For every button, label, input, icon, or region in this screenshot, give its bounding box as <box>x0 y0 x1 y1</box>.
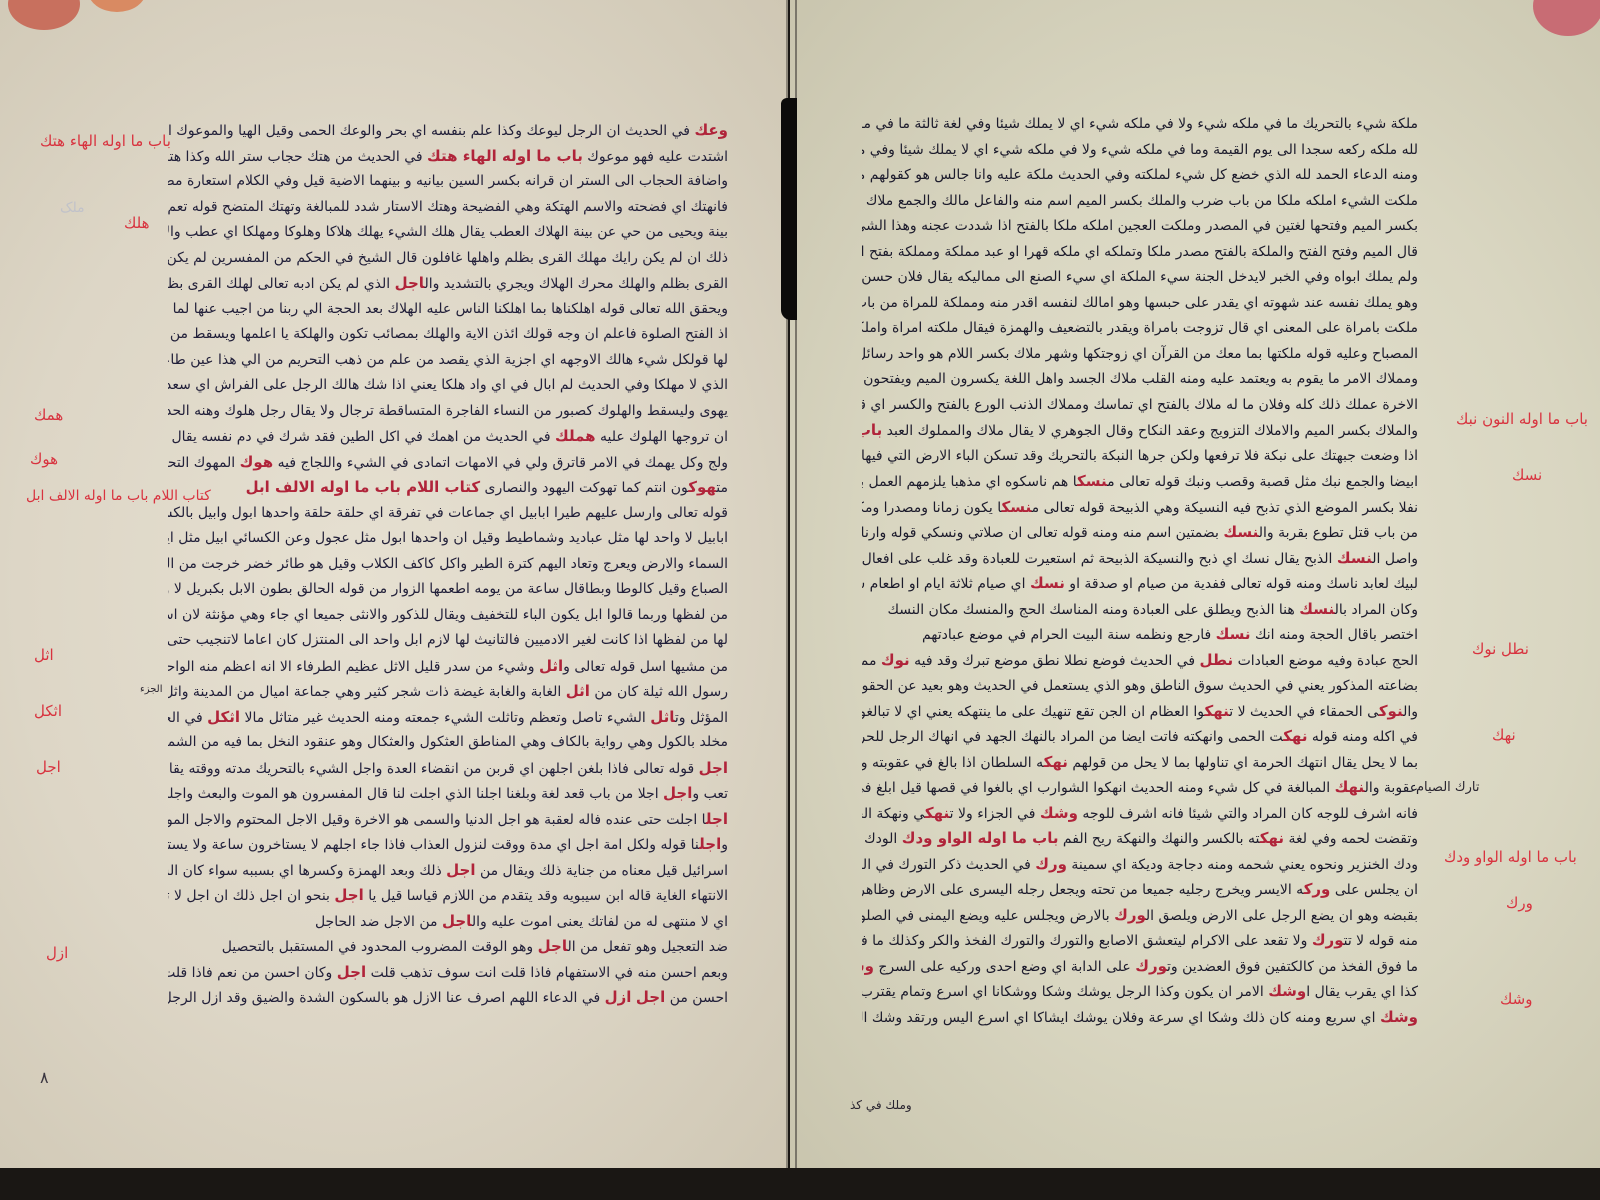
manuscript-line: الاخرة عملك ذلك كله وفلان ما له ملاك بال… <box>862 393 1418 419</box>
manuscript-line: متهوكون انتم كما تهوكت اليهود والنصارى ك… <box>168 475 728 501</box>
manuscript-line: الصباع وقيل كالوطا وبطاقال ساعة من يومه … <box>168 577 728 603</box>
manuscript-line: ودك الخنزير ونحوه يعني شحمه ومنه دجاجة و… <box>862 852 1418 878</box>
manuscript-line: لله ملكه ركعه سجدا الى يوم القيمة وما في… <box>862 138 1418 164</box>
manuscript-line: كذا اي يقرب يقال اوشك الامر ان يكون وكذا… <box>862 979 1418 1005</box>
rubric-heading: نسك <box>1030 574 1065 592</box>
rubric-heading: اثكل <box>207 708 240 726</box>
margin-note-wark: ورك <box>1506 894 1533 912</box>
manuscript-line: ملكت الشيء املكه ملكا من باب ضرب والملك … <box>862 189 1418 215</box>
gutter-shadow <box>781 98 797 320</box>
rubric-heading: نسك <box>1077 472 1107 490</box>
manuscript-line: لها من لفظها اذا كانت لغير الادميين فالت… <box>168 628 728 654</box>
rubric-heading: اجل <box>442 912 472 930</box>
rubric-heading: هوك <box>688 478 716 496</box>
margin-note-azl: ازل <box>46 944 68 962</box>
manuscript-line: اذا وضعت جبهتك على نبكة فلا ترفعها ولكن … <box>862 444 1418 470</box>
manuscript-line: مخلد بالكول وهي رواية بالكاف وهي المناطق… <box>168 730 728 756</box>
rubric-heading: وشك <box>1040 804 1078 822</box>
margin-note-halk: هلك <box>124 214 150 232</box>
rubric-heading: نوك <box>1379 702 1403 720</box>
manuscript-line: يهوى وليسقط والهلوك كصبور من النساء الفا… <box>168 399 728 425</box>
manuscript-line: فانهتك اي فضحته والاسم الهتكة وهي الفضيح… <box>168 195 728 221</box>
rubric-heading: نطل <box>1200 651 1234 669</box>
left-page: وعك في الحديث ان الرجل ليوعك وكذا علم بن… <box>0 0 788 1168</box>
margin-note-juz: الجزء <box>140 684 163 695</box>
manuscript-line: والنوكى الحمقاء في الحديث لا تنهكوا العظ… <box>862 699 1418 725</box>
manuscript-line: والملاك بكسر الميم والاملاك التزويج وعقد… <box>862 418 1418 444</box>
margin-note-kitab-lam: كتاب اللام باب ما اوله الالف ابل <box>26 488 211 504</box>
manuscript-line: ومملاك الامر ما يقوم به ويعتمد عليه ومنه… <box>862 367 1418 393</box>
rubric-heading: وشك <box>1380 1008 1418 1026</box>
manuscript-line: عقوبة والنهك المبالغة في كل شيء ومنه الح… <box>862 775 1418 801</box>
manuscript-line: اجل قوله تعالى فاذا بلغن اجلهن اي قربن م… <box>168 756 728 782</box>
manuscript-line: فانه اشرف للوجه كان المراد والتي شيئا فا… <box>862 801 1418 827</box>
rubric-heading: اثل <box>539 657 563 675</box>
manuscript-line: الحج عبادة وفيه موضع العبادات نطل في الح… <box>862 648 1418 674</box>
manuscript-line: اذ الفتح الصلوة فاعلم ان وجه قولك ائذن ا… <box>168 322 728 348</box>
manuscript-line: من مشيها اسل قوله تعالى واثل وشيء من سدر… <box>168 654 728 680</box>
rubric-heading: اجل <box>337 963 366 981</box>
table-surface <box>0 1168 1600 1200</box>
margin-note-nabk: باب ما اوله النون نبك <box>1456 410 1588 428</box>
rubric-heading: باب ما اوله النون نبك <box>862 421 882 439</box>
rubric-heading: اجل <box>334 886 363 904</box>
manuscript-line: رسول الله ثيلة كان من اثل الغابة والغابة… <box>168 679 728 705</box>
margin-note-wadk: باب ما اوله الواو ودك <box>1444 848 1577 866</box>
manuscript-line: بكسر الميم وفتحها لغتين في المصدر وملكت … <box>862 214 1418 240</box>
rubric-heading: وعك <box>694 121 728 139</box>
rubric-heading: اجل <box>636 988 665 1006</box>
manuscript-line: وتقضت لحمه وفي لغة نهكته بالكسر والنهك و… <box>862 826 1418 852</box>
manuscript-line: ابيضا والجمع نبك مثل قصبة وقصب ونبك قوله… <box>862 469 1418 495</box>
rubric-heading: هوك <box>240 453 274 471</box>
rubric-heading: اجل <box>538 937 568 955</box>
manuscript-line: ولج وكل يهمك في الامر قاترق ولي في الامه… <box>168 450 728 476</box>
right-page: ملكة شيء بالتحريك ما في ملكه شيء ولا في … <box>790 0 1600 1168</box>
manuscript-line: ولم يملك ابواه وفي الخبر لايدخل الجنة سي… <box>862 265 1418 291</box>
manuscript-line: واصل النسك الذبح يقال نسك اي ذبح والنسيك… <box>862 546 1418 572</box>
faded-stamp: ملک <box>60 200 85 216</box>
rubric-heading: هملك <box>555 427 596 445</box>
margin-note-washk: وشك <box>1500 990 1532 1008</box>
manuscript-line: اجلا اجلت حتى عنده فاله لعقبة هو اجل الد… <box>168 807 728 833</box>
rubric-heading: نسك <box>1337 549 1372 567</box>
rubric-heading: نسك <box>1223 523 1258 541</box>
rubric-heading: ورك <box>1312 931 1344 949</box>
manuscript-line: بينة ويحيى من حي عن بينة الهلاك العطب يق… <box>168 220 728 246</box>
manuscript-line: ان تروجها الهلوك عليه هملك في الحديث من … <box>168 424 728 450</box>
manuscript-line: ما فوق الفخذ من كالكتفين فوق العضدين وتو… <box>862 954 1418 980</box>
manuscript-line: واضافة الحجاب الى الستر ان قرانه بكسر ال… <box>168 169 728 195</box>
rubric-heading: اجل <box>446 861 475 879</box>
rubric-heading: كتاب اللام باب ما اوله الالف ابل <box>246 478 480 496</box>
manuscript-line: بقبضه وهو ان يضع الرجل على الارض ويلصق ا… <box>862 903 1418 929</box>
margin-note-nask: نسك <box>1512 466 1542 484</box>
manuscript-line: احسن من اجل ازل في الدعاء اللهم اصرف عنا… <box>168 985 728 1011</box>
manuscript-line: ومنه الدعاء الحمد لله الذي خضع كل شيء لم… <box>862 163 1418 189</box>
manuscript-line: قال الميم وفتح الفتح والملكة بالفتح مصدر… <box>862 240 1418 266</box>
manuscript-line: القرى بظلم والهلك محرك الهلاك ويجري بالت… <box>168 271 728 297</box>
margin-note-tarik-alsiyam: تارك الصيام <box>1416 780 1479 795</box>
rubric-heading: نهك <box>1260 829 1284 847</box>
manuscript-line: وكان المراد بالنسك هنا الذبح ويطلق على ا… <box>862 597 1418 623</box>
left-text-block: وعك في الحديث ان الرجل ليوعك وكذا علم بن… <box>168 118 728 1011</box>
rubric-heading: ورك <box>1114 906 1146 924</box>
manuscript-line: الذي لا مهلكا وفي الحديث لم ابال في اي و… <box>168 373 728 399</box>
manuscript-line: اختصر باقال الحجة ومنه انك نسك فارجع ونظ… <box>862 622 1418 648</box>
rubric-heading: اجل <box>699 835 721 853</box>
manuscript-line: واجلنا قوله ولكل امة اجل اي مدة ووقت لنز… <box>168 832 728 858</box>
rubric-heading: نهك <box>1204 702 1229 720</box>
rubric-heading: ورك <box>1135 957 1167 975</box>
rubric-heading: نهك <box>925 804 950 822</box>
manuscript-line: اي لا منتهى له من لفاتك يعنى اموت عليه و… <box>168 909 728 935</box>
manuscript-line: المؤثل وتاثل الشيء تاصل وتعظم وتاثلت الش… <box>168 705 728 731</box>
rubric-heading: اجل <box>699 759 728 777</box>
rubric-heading: نهك <box>1044 753 1068 771</box>
rubric-heading: ورك <box>1304 880 1331 898</box>
manuscript-line: لها قولكل شيء هالك الاوجهه اي اجزية الذي… <box>168 348 728 374</box>
manuscript-line: ضد التعجيل وهو تفعل من الاجل وهو الوقت ا… <box>168 934 728 960</box>
margin-note-nahk: نهك <box>1492 726 1516 744</box>
manuscript-line: اسرائيل قيل معناه من جناية ذلك ويقال من … <box>168 858 728 884</box>
manuscript-line: تعب واجل اجلا من باب قعد لغة وبلغنا اجلن… <box>168 781 728 807</box>
rubric-heading: اجل <box>706 810 728 828</box>
manuscript-line: المصباح وعليه قوله ملكتها بما معك من الق… <box>862 342 1418 368</box>
rubric-heading: اثل <box>650 708 675 726</box>
rubric-heading: اجل <box>395 274 425 292</box>
rubric-heading: وشك <box>1268 982 1306 1000</box>
manuscript-line: بما لا يحل يقال انتهك الحرمة اي تناولها … <box>862 750 1418 776</box>
manuscript-line: وهو يملك نفسه عند شهوته اي يقدر على حبسه… <box>862 291 1418 317</box>
manuscript-line: نفلا بكسر الموضع الذي تذبح فيه النسيكة و… <box>862 495 1418 521</box>
manuscript-line: ملكت بامراة على المعنى اي قال تزوجت بامر… <box>862 316 1418 342</box>
manuscript-line: ملكة شيء بالتحريك ما في ملكه شيء ولا في … <box>862 112 1418 138</box>
rubric-heading: نهك <box>1335 778 1365 796</box>
catchword: وملك في كذ <box>850 1098 912 1112</box>
manuscript-line: ويحقق الله تعالى قوله اهلكناها بما اهلكن… <box>168 297 728 323</box>
manuscript-line: السماء والارض ويعرج وتعاد اليهم كترة الط… <box>168 552 728 578</box>
margin-note-hamk: همك <box>34 406 63 424</box>
manuscript-line: وشك اي سريع ومنه كان ذلك وشكا اي سرعة وف… <box>862 1005 1418 1031</box>
manuscript-line: لبيك لعابد ناسك ومنه قوله تعالى ففدية من… <box>862 571 1418 597</box>
rubric-heading: نوك <box>881 651 910 669</box>
rubric-heading: نسك <box>1299 600 1334 618</box>
rubric-heading: نهك <box>1283 727 1307 745</box>
rubric-heading: اثل <box>566 682 590 700</box>
rubric-heading: ازل <box>605 988 632 1006</box>
manuscript-line: ان يجلس على وركه الايسر ويخرج رجليه جميع… <box>862 877 1418 903</box>
margin-note-hatk: باب ما اوله الهاء هتك <box>40 132 171 150</box>
margin-note-hawk: هوك <box>30 450 58 468</box>
manuscript-line: في اكله ومنه قوله نهكت الحمى وانهكته فات… <box>862 724 1418 750</box>
rubric-heading: باب ما اوله الواو ودك <box>902 829 1059 847</box>
manuscript-line: وبعم احسن منه في الاستفهام فاذا قلت انت … <box>168 960 728 986</box>
margin-note-athl: اثل <box>34 646 54 664</box>
manuscript-line: من لفظها وربما قالوا ابل يكون الباء للتخ… <box>168 603 728 629</box>
rubric-heading: نسك <box>1002 498 1032 516</box>
margin-note-natl-nawk: نطل نوك <box>1472 640 1529 658</box>
margin-note-ajal: اجل <box>36 758 61 776</box>
margin-note-athkal: اثكل <box>34 702 62 720</box>
rubric-heading: ورك <box>1035 855 1067 873</box>
manuscript-line: وعك في الحديث ان الرجل ليوعك وكذا علم بن… <box>168 118 728 144</box>
manuscript-line: ابابيل لا واحد لها مثل عباديد وشماطيط وق… <box>168 526 728 552</box>
manuscript-line: منه قوله لا تتورك ولا تقعد على الاكرام ل… <box>862 928 1418 954</box>
manuscript-spread: وعك في الحديث ان الرجل ليوعك وكذا علم بن… <box>0 0 1600 1200</box>
rubric-heading: اجل <box>663 784 692 802</box>
rubric-heading: نسك <box>1216 625 1251 643</box>
manuscript-line: ذلك ان لم يكن رايك مهلك القرى بظلم واهله… <box>168 246 728 272</box>
manuscript-line: من باب قتل تطوع بقربة والنسك بضمتين اسم … <box>862 520 1418 546</box>
rubric-heading: وشك <box>862 957 874 975</box>
corner-mark: ٨ <box>40 1068 49 1087</box>
manuscript-line: قوله تعالى وارسل عليهم طيرا ابابيل اي جم… <box>168 501 728 527</box>
manuscript-line: بضاعته المذكور يعني في الحديث سوق الناطق… <box>862 673 1418 699</box>
right-text-block: ملكة شيء بالتحريك ما في ملكه شيء ولا في … <box>862 112 1418 1030</box>
rubric-heading: باب ما اوله الهاء هتك <box>427 147 583 165</box>
manuscript-line: اشتدت عليه فهو موعوك باب ما اوله الهاء ه… <box>168 144 728 170</box>
manuscript-line: الانتهاء الغاية قاله ابن سيبويه وقد يتقد… <box>168 883 728 909</box>
